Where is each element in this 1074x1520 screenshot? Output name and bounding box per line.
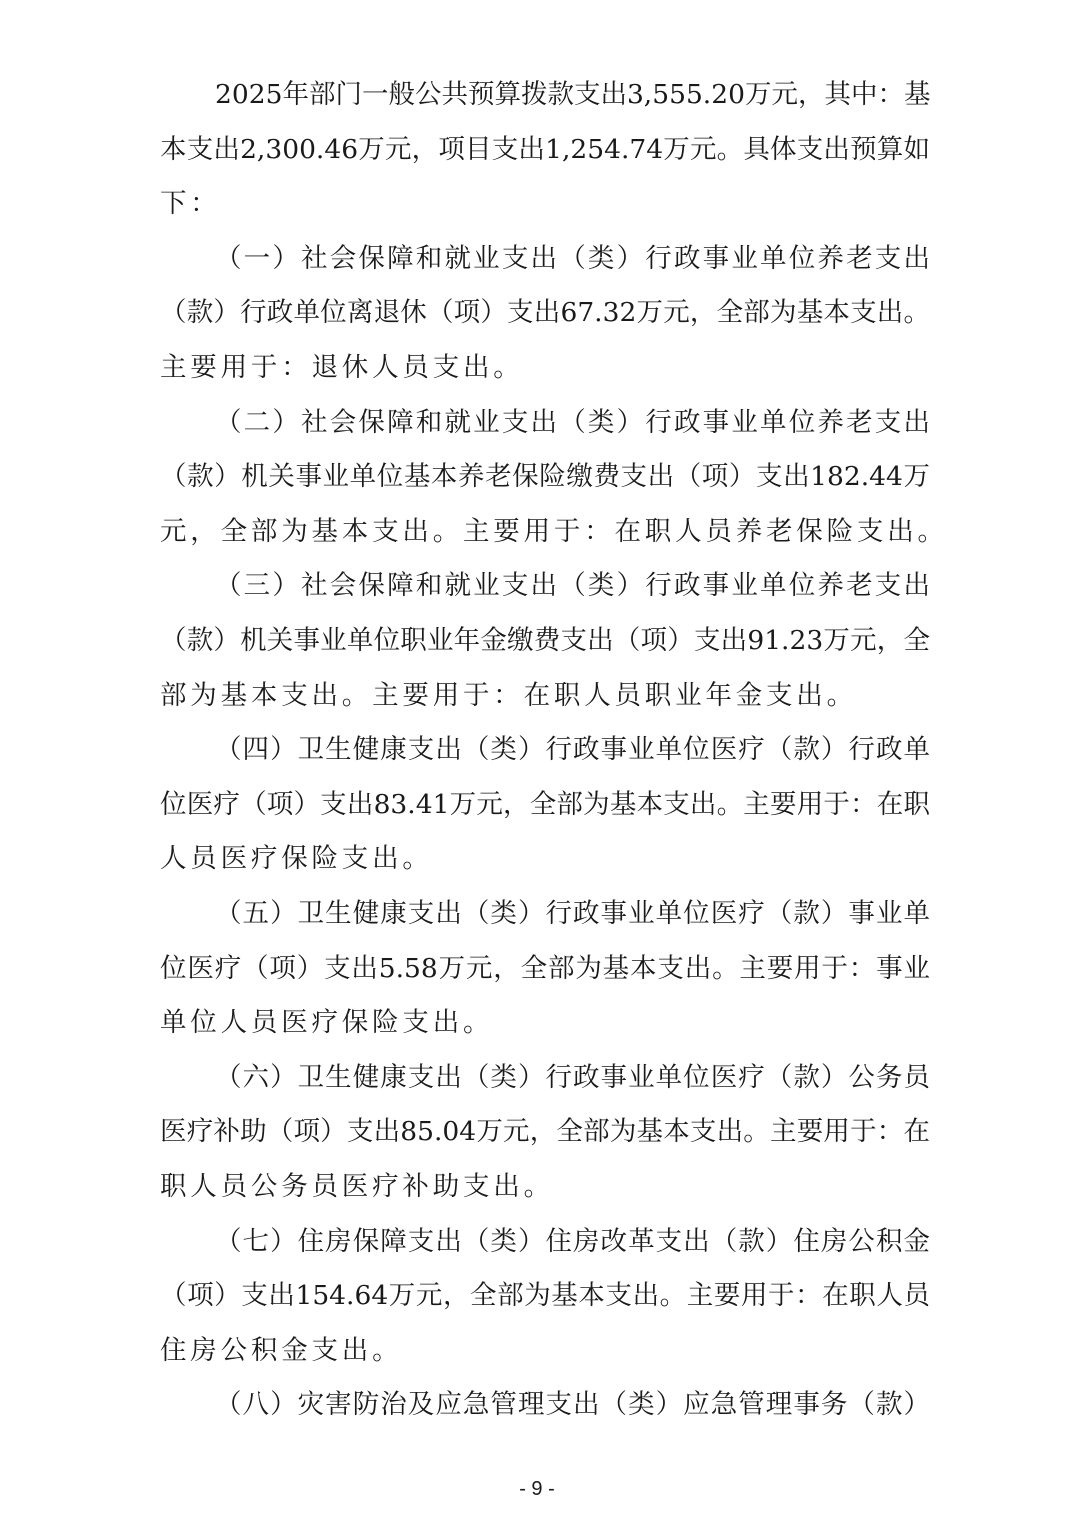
text-line: 单位人员医疗保险支出。 — [160, 1003, 930, 1043]
text-line: 下： — [160, 184, 930, 224]
text-line: （款）机关事业单位基本养老保险缴费支出（项）支出182.44万 — [160, 457, 930, 497]
text-line: 部为基本支出。主要用于：在职人员职业年金支出。 — [160, 676, 930, 716]
document-page: 2025年部门一般公共预算拨款支出3,555.20万元，其中：基本支出2,300… — [0, 0, 1074, 1520]
paragraph-first-line: （五）卫生健康支出（类）行政事业单位医疗（款）事业单 — [215, 894, 930, 934]
page-number: - 9 - — [0, 1478, 1074, 1501]
paragraph-first-line: （一）社会保障和就业支出（类）行政事业单位养老支出 — [215, 239, 930, 279]
paragraph-first-line: 2025年部门一般公共预算拨款支出3,555.20万元，其中：基 — [215, 75, 930, 115]
text-line: 职人员公务员医疗补助支出。 — [160, 1167, 930, 1207]
paragraph-first-line: （四）卫生健康支出（类）行政事业单位医疗（款）行政单 — [215, 730, 930, 770]
text-line: 位医疗（项）支出5.58万元，全部为基本支出。主要用于：事业 — [160, 949, 930, 989]
paragraph-first-line: （七）住房保障支出（类）住房改革支出（款）住房公积金 — [215, 1222, 930, 1262]
text-line: 主要用于：退休人员支出。 — [160, 348, 930, 388]
text-line: 人员医疗保险支出。 — [160, 839, 930, 879]
text-line: 本支出2,300.46万元，项目支出1,254.74万元。具体支出预算如 — [160, 130, 930, 170]
paragraph-first-line: （三）社会保障和就业支出（类）行政事业单位养老支出 — [215, 566, 930, 606]
text-line: 元，全部为基本支出。主要用于：在职人员养老保险支出。 — [160, 512, 930, 552]
paragraph-first-line: （二）社会保障和就业支出（类）行政事业单位养老支出 — [215, 403, 930, 443]
text-line: 位医疗（项）支出83.41万元，全部为基本支出。主要用于：在职 — [160, 785, 930, 825]
paragraph-first-line: （八）灾害防治及应急管理支出（类）应急管理事务（款） — [215, 1385, 930, 1425]
paragraph-first-line: （六）卫生健康支出（类）行政事业单位医疗（款）公务员 — [215, 1058, 930, 1098]
text-line: （项）支出154.64万元，全部为基本支出。主要用于：在职人员 — [160, 1276, 930, 1316]
text-line: （款）行政单位离退休（项）支出67.32万元，全部为基本支出。 — [160, 293, 930, 333]
text-line: 住房公积金支出。 — [160, 1331, 930, 1371]
text-line: 医疗补助（项）支出85.04万元，全部为基本支出。主要用于：在 — [160, 1112, 930, 1152]
text-line: （款）机关事业单位职业年金缴费支出（项）支出91.23万元，全 — [160, 621, 930, 661]
